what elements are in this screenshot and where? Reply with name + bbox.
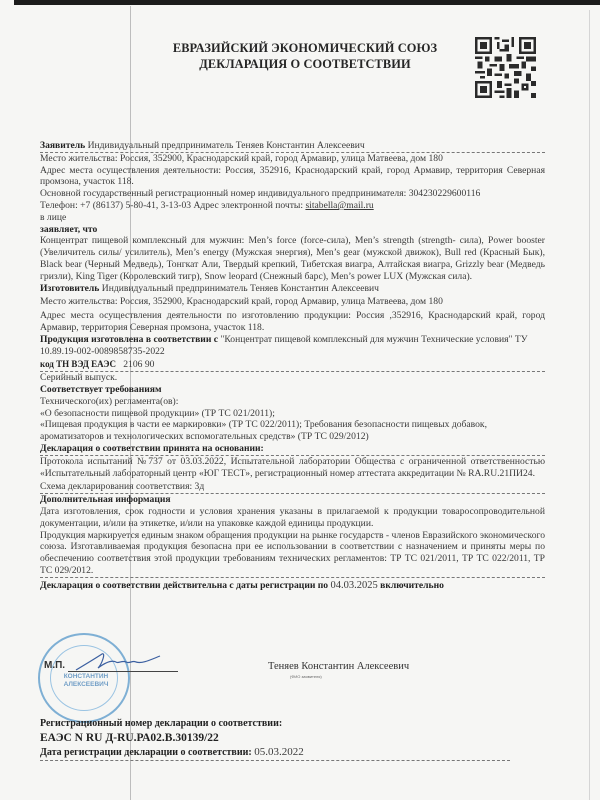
bleed-through-text (40, 772, 540, 784)
requirement-tr-022-029: «Пищевая продукция в части ее маркировки… (40, 419, 545, 443)
manufacturer-label: Изготовитель (40, 283, 99, 294)
produced-per: Продукция изготовлена в соответствии с "… (40, 334, 545, 358)
registration-date: 05.03.2022 (254, 746, 304, 758)
title-union: ЕВРАЗИЙСКИЙ ЭКОНОМИЧЕСКИЙ СОЮЗ (170, 40, 440, 56)
validity-line: Декларация о соответствии действительна … (40, 580, 545, 592)
applicant-name: Индивидуальный предприниматель Теняев Ко… (88, 140, 365, 151)
registration-number-label: Регистрационный номер декларации о соотв… (40, 717, 540, 731)
manufacturer-line: Изготовитель Индивидуальный предпринимат… (40, 283, 545, 295)
declares-label: заявляет, что (40, 224, 545, 236)
declaration-scheme: Схема декларирования соответствия: 3д (40, 481, 545, 494)
product-description: Концентрат пищевой комплексный для мужчи… (40, 235, 545, 282)
manufacturer-name: Индивидуальный предприниматель Теняев Ко… (102, 283, 379, 294)
validity-suffix: включительно (380, 580, 444, 591)
basis-label: Декларация о соответствии принята на осн… (40, 443, 545, 456)
requirement-tr-021: «О безопасности пищевой продукции» (ТР Т… (40, 408, 545, 420)
signer-name: Теняев Константин Алексеевич (268, 661, 409, 672)
applicant-line: Заявитель Индивидуальный предприниматель… (40, 140, 545, 153)
document-title: ЕВРАЗИЙСКИЙ ЭКОНОМИЧЕСКИЙ СОЮЗ ДЕКЛАРАЦИ… (170, 40, 440, 72)
manufacturer-production-address: Адрес места осуществления деятельности п… (40, 310, 545, 334)
registration-date-label: Дата регистрации декларации о соответств… (40, 747, 252, 758)
registration-block: Регистрационный номер декларации о соотв… (40, 717, 540, 761)
applicant-activity-address: Адрес места осуществления деятельности: … (40, 165, 545, 189)
signature-icon (72, 650, 162, 676)
hs-code-line: код ТН ВЭД ЕАЭС 2106 90 (40, 359, 545, 372)
applicant-ogrnip: Основной государственный регистрационный… (40, 188, 545, 200)
validity-date: 04.03.2025 (331, 580, 378, 591)
serial-release: Серийный выпуск. (40, 372, 545, 384)
applicant-residence: Место жительства: Россия, 352900, Красно… (40, 153, 545, 165)
scan-top-edge (14, 0, 600, 5)
produced-per-label: Продукция изготовлена в соответствии с (40, 334, 218, 345)
applicant-contacts: Телефон: +7 (86137) 5-80-41, 3-13-03 Адр… (40, 200, 545, 212)
signer-caption: (ФИО заявителя) (290, 674, 322, 679)
additional-info-label: Дополнительная информация (40, 494, 545, 506)
manufacturer-residence: Место жительства: Россия, 352900, Красно… (40, 296, 545, 308)
basis-text: Протокола испытаний №737 от 03.03.2022, … (40, 456, 545, 480)
title-declaration: ДЕКЛАРАЦИЯ О СООТВЕТСТВИИ (170, 56, 440, 72)
registration-date-line: Дата регистрации декларации о соответств… (40, 745, 510, 761)
seal-place-label: М.П. (44, 660, 65, 671)
requirements-label: Соответствует требованиям (40, 384, 545, 396)
additional-info-p2: Продукция маркируется единым знаком обра… (40, 530, 545, 578)
hs-code-value: 2106 90 (123, 359, 154, 370)
additional-info-p1: Дата изготовления, срок годности и услов… (40, 506, 545, 530)
in-person: в лице (40, 212, 545, 224)
applicant-label: Заявитель (40, 140, 85, 151)
official-stamp: КОНСТАНТИН АЛЕКСЕЕВИЧ (38, 633, 130, 723)
requirements-intro: Технического(их) регламента(ов): (40, 396, 545, 408)
email-link[interactable]: sitabella@mail.ru (305, 200, 373, 211)
page-right-edge (589, 10, 590, 800)
registration-number: ЕАЭС N RU Д-RU.РА02.В.30139/22 (40, 731, 540, 745)
qr-code-icon (475, 34, 536, 101)
validity-label: Декларация о соответствии действительна … (40, 580, 328, 591)
declaration-body: Заявитель Индивидуальный предприниматель… (40, 140, 545, 591)
hs-code-label: код ТН ВЭД ЕАЭС (40, 359, 116, 369)
